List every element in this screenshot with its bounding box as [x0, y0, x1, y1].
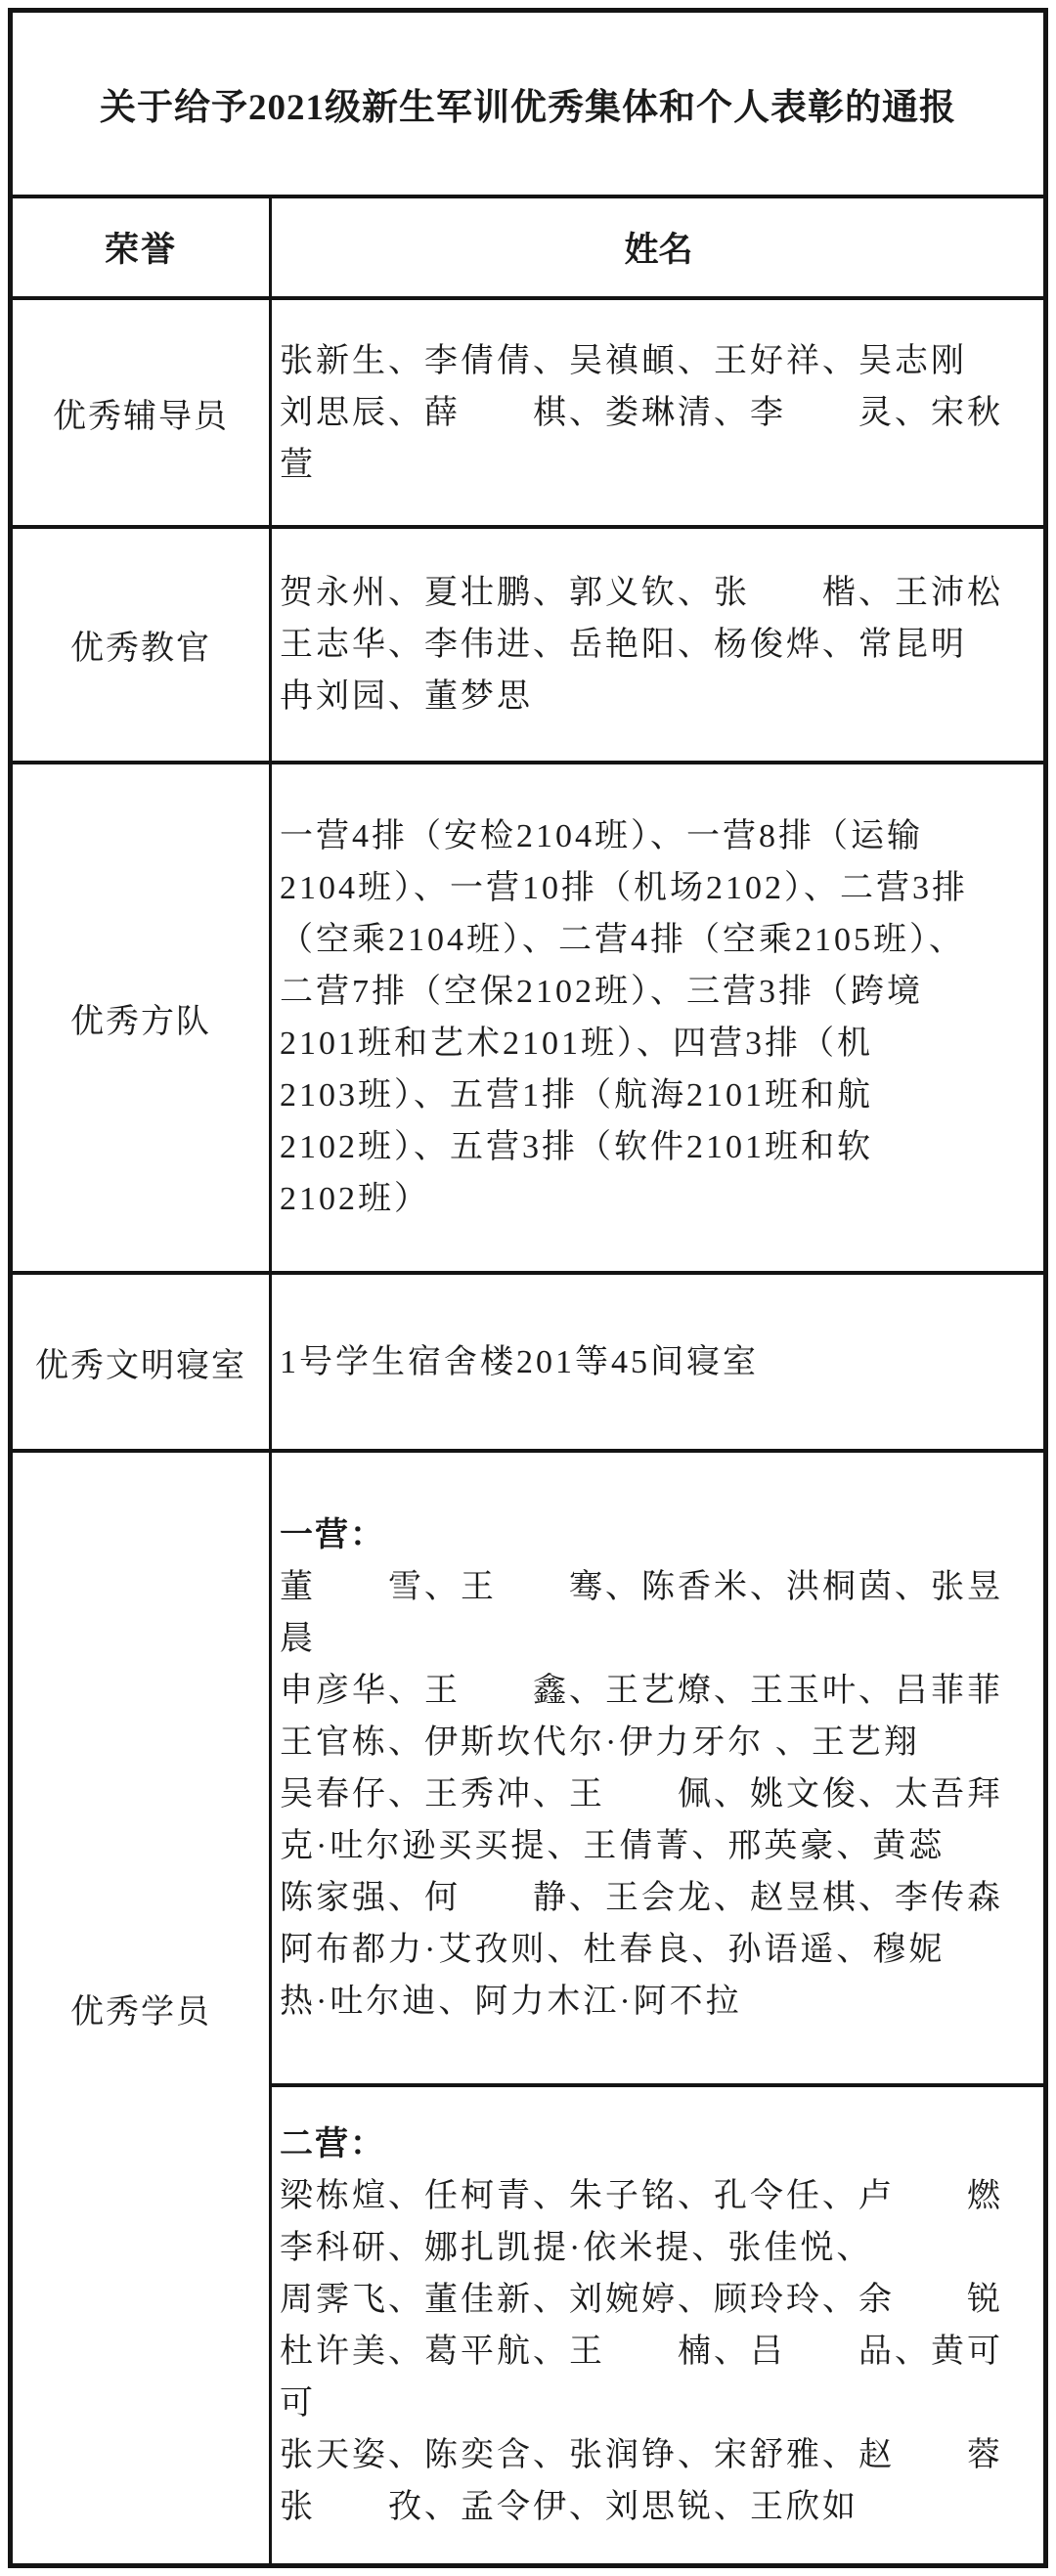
name-column-header-cell: 姓名: [272, 198, 1043, 296]
honor-column-header: 荣誉: [105, 223, 177, 272]
table-row-excellent-formations: 优秀方队 一营4排（安检2104班）、一营8排（运输 2104班）、一营10排（…: [13, 761, 1043, 1271]
names-cell: 贺永州、夏壮鹏、郭义钦、张 楷、王沛松 王志华、李伟进、岳艳阳、杨俊烨、常昆明 …: [272, 529, 1043, 761]
names-cell: 1号学生宿舍楼201等45间寝室: [272, 1275, 1043, 1449]
honor-cell: 优秀方队: [13, 764, 272, 1271]
names-text: 贺永州、夏壮鹏、郭义钦、张 楷、王沛松 王志华、李伟进、岳艳阳、杨俊烨、常昆明 …: [280, 567, 1003, 722]
names-text: 董 雪、王 骞、陈香米、洪桐茵、张昱晨 申彦华、王 鑫、王艺燎、王玉叶、吕菲菲 …: [280, 1561, 1037, 2028]
honor-label: 优秀方队: [70, 994, 211, 1042]
names-text: 1号学生宿舍楼201等45间寝室: [280, 1336, 759, 1388]
battalion-1-label: 一营：: [280, 1509, 1037, 1561]
names-cell: 一营4排（安检2104班）、一营8排（运输 2104班）、一营10排（机场210…: [272, 764, 1043, 1271]
name-column-header: 姓名: [624, 223, 692, 272]
trainee-group-content: 一营： 董 雪、王 骞、陈香米、洪桐茵、张昱晨 申彦华、王 鑫、王艺燎、王玉叶、…: [280, 1509, 1037, 2028]
battalion-2-label: 二营：: [280, 2118, 1037, 2170]
honor-cell: 优秀教官: [13, 529, 272, 761]
honor-label: 优秀文明寝室: [35, 1338, 246, 1386]
honor-column-header-cell: 荣誉: [13, 198, 272, 296]
table-row-excellent-dormitories: 优秀文明寝室 1号学生宿舍楼201等45间寝室: [13, 1271, 1043, 1449]
honor-label: 优秀教官: [70, 621, 211, 669]
table-row-excellent-counselors: 优秀辅导员 张新生、李倩倩、吴禛頔、王好祥、吴志刚 刘思辰、薛 棋、娄琳清、李 …: [13, 296, 1043, 525]
table-row-excellent-trainees: 优秀学员 一营： 董 雪、王 骞、陈香米、洪桐茵、张昱晨 申彦华、王 鑫、王艺燎…: [13, 1449, 1043, 2563]
trainee-group-content: 二营： 梁栋煊、任柯青、朱子铭、孔令任、卢 燃 李科研、娜扎凯提·依米提、张佳悦…: [280, 2118, 1037, 2533]
names-text: 梁栋煊、任柯青、朱子铭、孔令任、卢 燃 李科研、娜扎凯提·依米提、张佳悦、 周霁…: [280, 2170, 1037, 2533]
trainee-group-battalion-1: 一营： 董 雪、王 骞、陈香米、洪桐茵、张昱晨 申彦华、王 鑫、王艺燎、王玉叶、…: [272, 1453, 1043, 2083]
notice-page: 关于给予2021级新生军训优秀集体和个人表彰的通报 荣誉 姓名 优秀辅导员 张新…: [0, 0, 1056, 2576]
title-row: 关于给予2021级新生军训优秀集体和个人表彰的通报: [13, 13, 1043, 195]
trainee-groups-stack: 一营： 董 雪、王 骞、陈香米、洪桐茵、张昱晨 申彦华、王 鑫、王艺燎、王玉叶、…: [272, 1453, 1043, 2563]
table-header-row: 荣誉 姓名: [13, 195, 1043, 296]
trainee-group-battalion-2: 二营： 梁栋煊、任柯青、朱子铭、孔令任、卢 燃 李科研、娜扎凯提·依米提、张佳悦…: [272, 2083, 1043, 2563]
honor-label: 优秀辅导员: [53, 389, 229, 437]
honor-cell: 优秀辅导员: [13, 300, 272, 525]
names-text: 张新生、李倩倩、吴禛頔、王好祥、吴志刚 刘思辰、薛 棋、娄琳清、李 灵、宋秋萱: [280, 335, 1037, 491]
table-row-excellent-instructors: 优秀教官 贺永州、夏壮鹏、郭义钦、张 楷、王沛松 王志华、李伟进、岳艳阳、杨俊烨…: [13, 525, 1043, 761]
honor-label: 优秀学员: [70, 1985, 211, 2032]
names-cell: 张新生、李倩倩、吴禛頔、王好祥、吴志刚 刘思辰、薛 棋、娄琳清、李 灵、宋秋萱: [272, 300, 1043, 525]
names-text: 一营4排（安检2104班）、一营8排（运输 2104班）、一营10排（机场210…: [280, 810, 968, 1225]
honor-cell: 优秀文明寝室: [13, 1275, 272, 1449]
commendation-table: 关于给予2021级新生军训优秀集体和个人表彰的通报 荣誉 姓名 优秀辅导员 张新…: [8, 8, 1048, 2568]
page-title: 关于给予2021级新生军训优秀集体和个人表彰的通报: [100, 77, 956, 130]
honor-cell: 优秀学员: [13, 1453, 272, 2563]
